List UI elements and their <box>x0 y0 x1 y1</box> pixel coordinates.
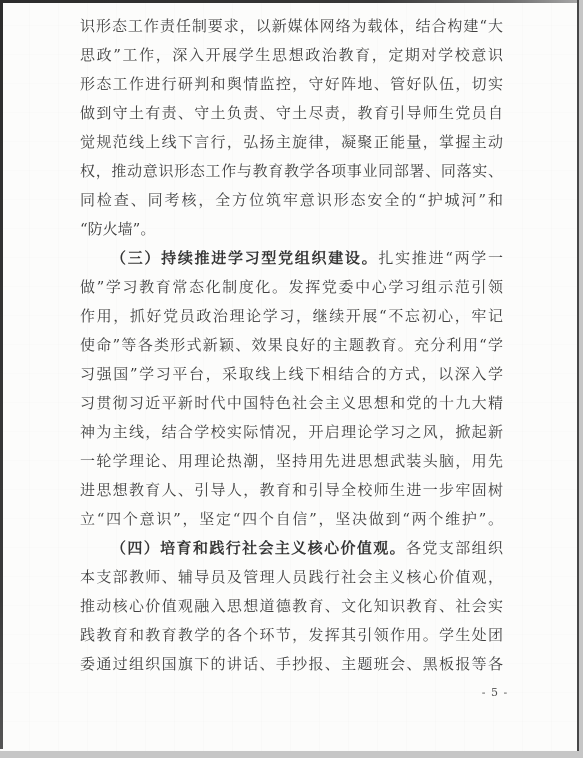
text-line: 做到守土有责、守土负责、守土尽责，教育引导师生党员自 <box>80 99 503 128</box>
page-number: - 5 - <box>455 686 535 699</box>
body-text-run: “防火墙”。 <box>80 220 155 238</box>
body-text-run: 立“四个意识”，坚定“四个自信”，坚决做到“两个维护”。 <box>80 510 503 528</box>
text-line: 觉规范线上线下言行，弘扬主旋律，凝聚正能量，掌握主动 <box>80 128 503 157</box>
text-line: 进思想教育人、引导人，教育和引导全校师生进一步牢固树 <box>80 476 503 505</box>
body-text-run: 做”学习教育常态化制度化。发挥党委中心学习组示范引领 <box>80 278 503 296</box>
body-text-run: 进思想教育人、引导人，教育和引导全校师生进一步牢固树 <box>80 481 503 499</box>
text-line: 推动核心价值观融入思想道德教育、文化知识教育、社会实 <box>80 592 503 621</box>
body-text-run: 推动核心价值观融入思想道德教育、文化知识教育、社会实 <box>80 597 503 615</box>
section-heading-run: （四）培育和践行社会主义核心价值观。 <box>111 539 406 557</box>
text-line: 做”学习教育常态化制度化。发挥党委中心学习组示范引领 <box>80 273 503 302</box>
section-heading-run: （三）持续推进学习型党组织建设。 <box>111 249 378 267</box>
text-line: 委通过组织国旗下的讲话、手抄报、主题班会、黑板报等各 <box>80 650 503 679</box>
text-line: 习强国”学习平台，采取线上线下相结合的方式，以深入学 <box>80 360 503 389</box>
body-text-run: 一轮学理论、用理论热潮，坚持用先进思想武装头脑，用先 <box>80 452 503 470</box>
text-line: 立“四个意识”，坚定“四个自信”，坚决做到“两个维护”。 <box>80 505 503 534</box>
text-line: 神为主线，结合学校实际情况，开启理论学习之风，掀起新 <box>80 418 503 447</box>
body-text-run: 识形态工作责任制要求，以新媒体网络为载体，结合构建“大 <box>80 17 503 35</box>
body-text-run: 形态工作进行研判和舆情监控，守好阵地、管好队伍，切实 <box>80 75 503 93</box>
text-line: 思政”工作，深入开展学生思想政治教育，定期对学校意识 <box>80 41 503 70</box>
scan-edge-right <box>577 0 579 751</box>
text-line: 同检查、同考核，全方位筑牢意识形态安全的“护城河”和 <box>80 186 503 215</box>
body-text-run: 做到守土有责、守土负责、守土尽责，教育引导师生党员自 <box>80 104 503 122</box>
body-text-run: 觉规范线上线下言行，弘扬主旋律，凝聚正能量，掌握主动 <box>80 133 503 151</box>
text-line: 权，推动意识形态工作与教育教学各项事业同部署、同落实、 <box>80 157 503 186</box>
body-text-run: 委通过组织国旗下的讲话、手抄报、主题班会、黑板报等各 <box>80 655 503 673</box>
body-text-run: 使命”等各类形式新颖、效果良好的主题教育。充分利用“学 <box>80 336 503 354</box>
text-line: 践教育和教育教学的各个环节，发挥其引领作用。学生处团 <box>80 621 503 650</box>
text-line: “防火墙”。 <box>80 215 503 244</box>
text-line: 作用，抓好党员政治理论学习，继续开展“不忘初心，牢记 <box>80 302 503 331</box>
text-line: 识形态工作责任制要求，以新媒体网络为载体，结合构建“大 <box>80 12 503 41</box>
scan-edge-left <box>0 0 3 749</box>
body-text-run: 同检查、同考核，全方位筑牢意识形态安全的“护城河”和 <box>80 191 503 209</box>
text-line: （四）培育和践行社会主义核心价值观。各党支部组织 <box>80 534 503 563</box>
body-text-run: 本支部教师、辅导员及管理人员践行社会主义核心价值观， <box>80 568 503 586</box>
document-body: 识形态工作责任制要求，以新媒体网络为载体，结合构建“大思政”工作，深入开展学生思… <box>80 12 503 679</box>
text-line: 形态工作进行研判和舆情监控，守好阵地、管好队伍，切实 <box>80 70 503 99</box>
body-text-run: 作用，抓好党员政治理论学习，继续开展“不忘初心，牢记 <box>80 307 503 325</box>
text-line: （三）持续推进学习型党组织建设。扎实推进“两学一 <box>80 244 503 273</box>
body-text-run: 习强国”学习平台，采取线上线下相结合的方式，以深入学 <box>80 365 503 383</box>
scanned-document-screenshot: { "page": { "number_label": "- 5 -" }, "… <box>0 0 583 758</box>
body-text-run: 神为主线，结合学校实际情况，开启理论学习之风，掀起新 <box>80 423 503 441</box>
text-line: 一轮学理论、用理论热潮，坚持用先进思想武装头脑，用先 <box>80 447 503 476</box>
body-text-run: 践教育和教育教学的各个环节，发挥其引领作用。学生处团 <box>80 626 503 644</box>
body-text-run: 扎实推进“两学一 <box>378 249 503 267</box>
body-text-run: 权，推动意识形态工作与教育教学各项事业同部署、同落实、 <box>80 162 503 180</box>
text-line: 本支部教师、辅导员及管理人员践行社会主义核心价值观， <box>80 563 503 592</box>
body-text-run: 各党支部组织 <box>406 539 503 557</box>
text-line: 习贯彻习近平新时代中国特色社会主义思想和党的十九大精 <box>80 389 503 418</box>
body-text-run: 思政”工作，深入开展学生思想政治教育，定期对学校意识 <box>80 46 503 64</box>
scan-edge-top <box>0 0 579 3</box>
body-text-run: 习贯彻习近平新时代中国特色社会主义思想和党的十九大精 <box>80 394 503 412</box>
text-line: 使命”等各类形式新颖、效果良好的主题教育。充分利用“学 <box>80 331 503 360</box>
